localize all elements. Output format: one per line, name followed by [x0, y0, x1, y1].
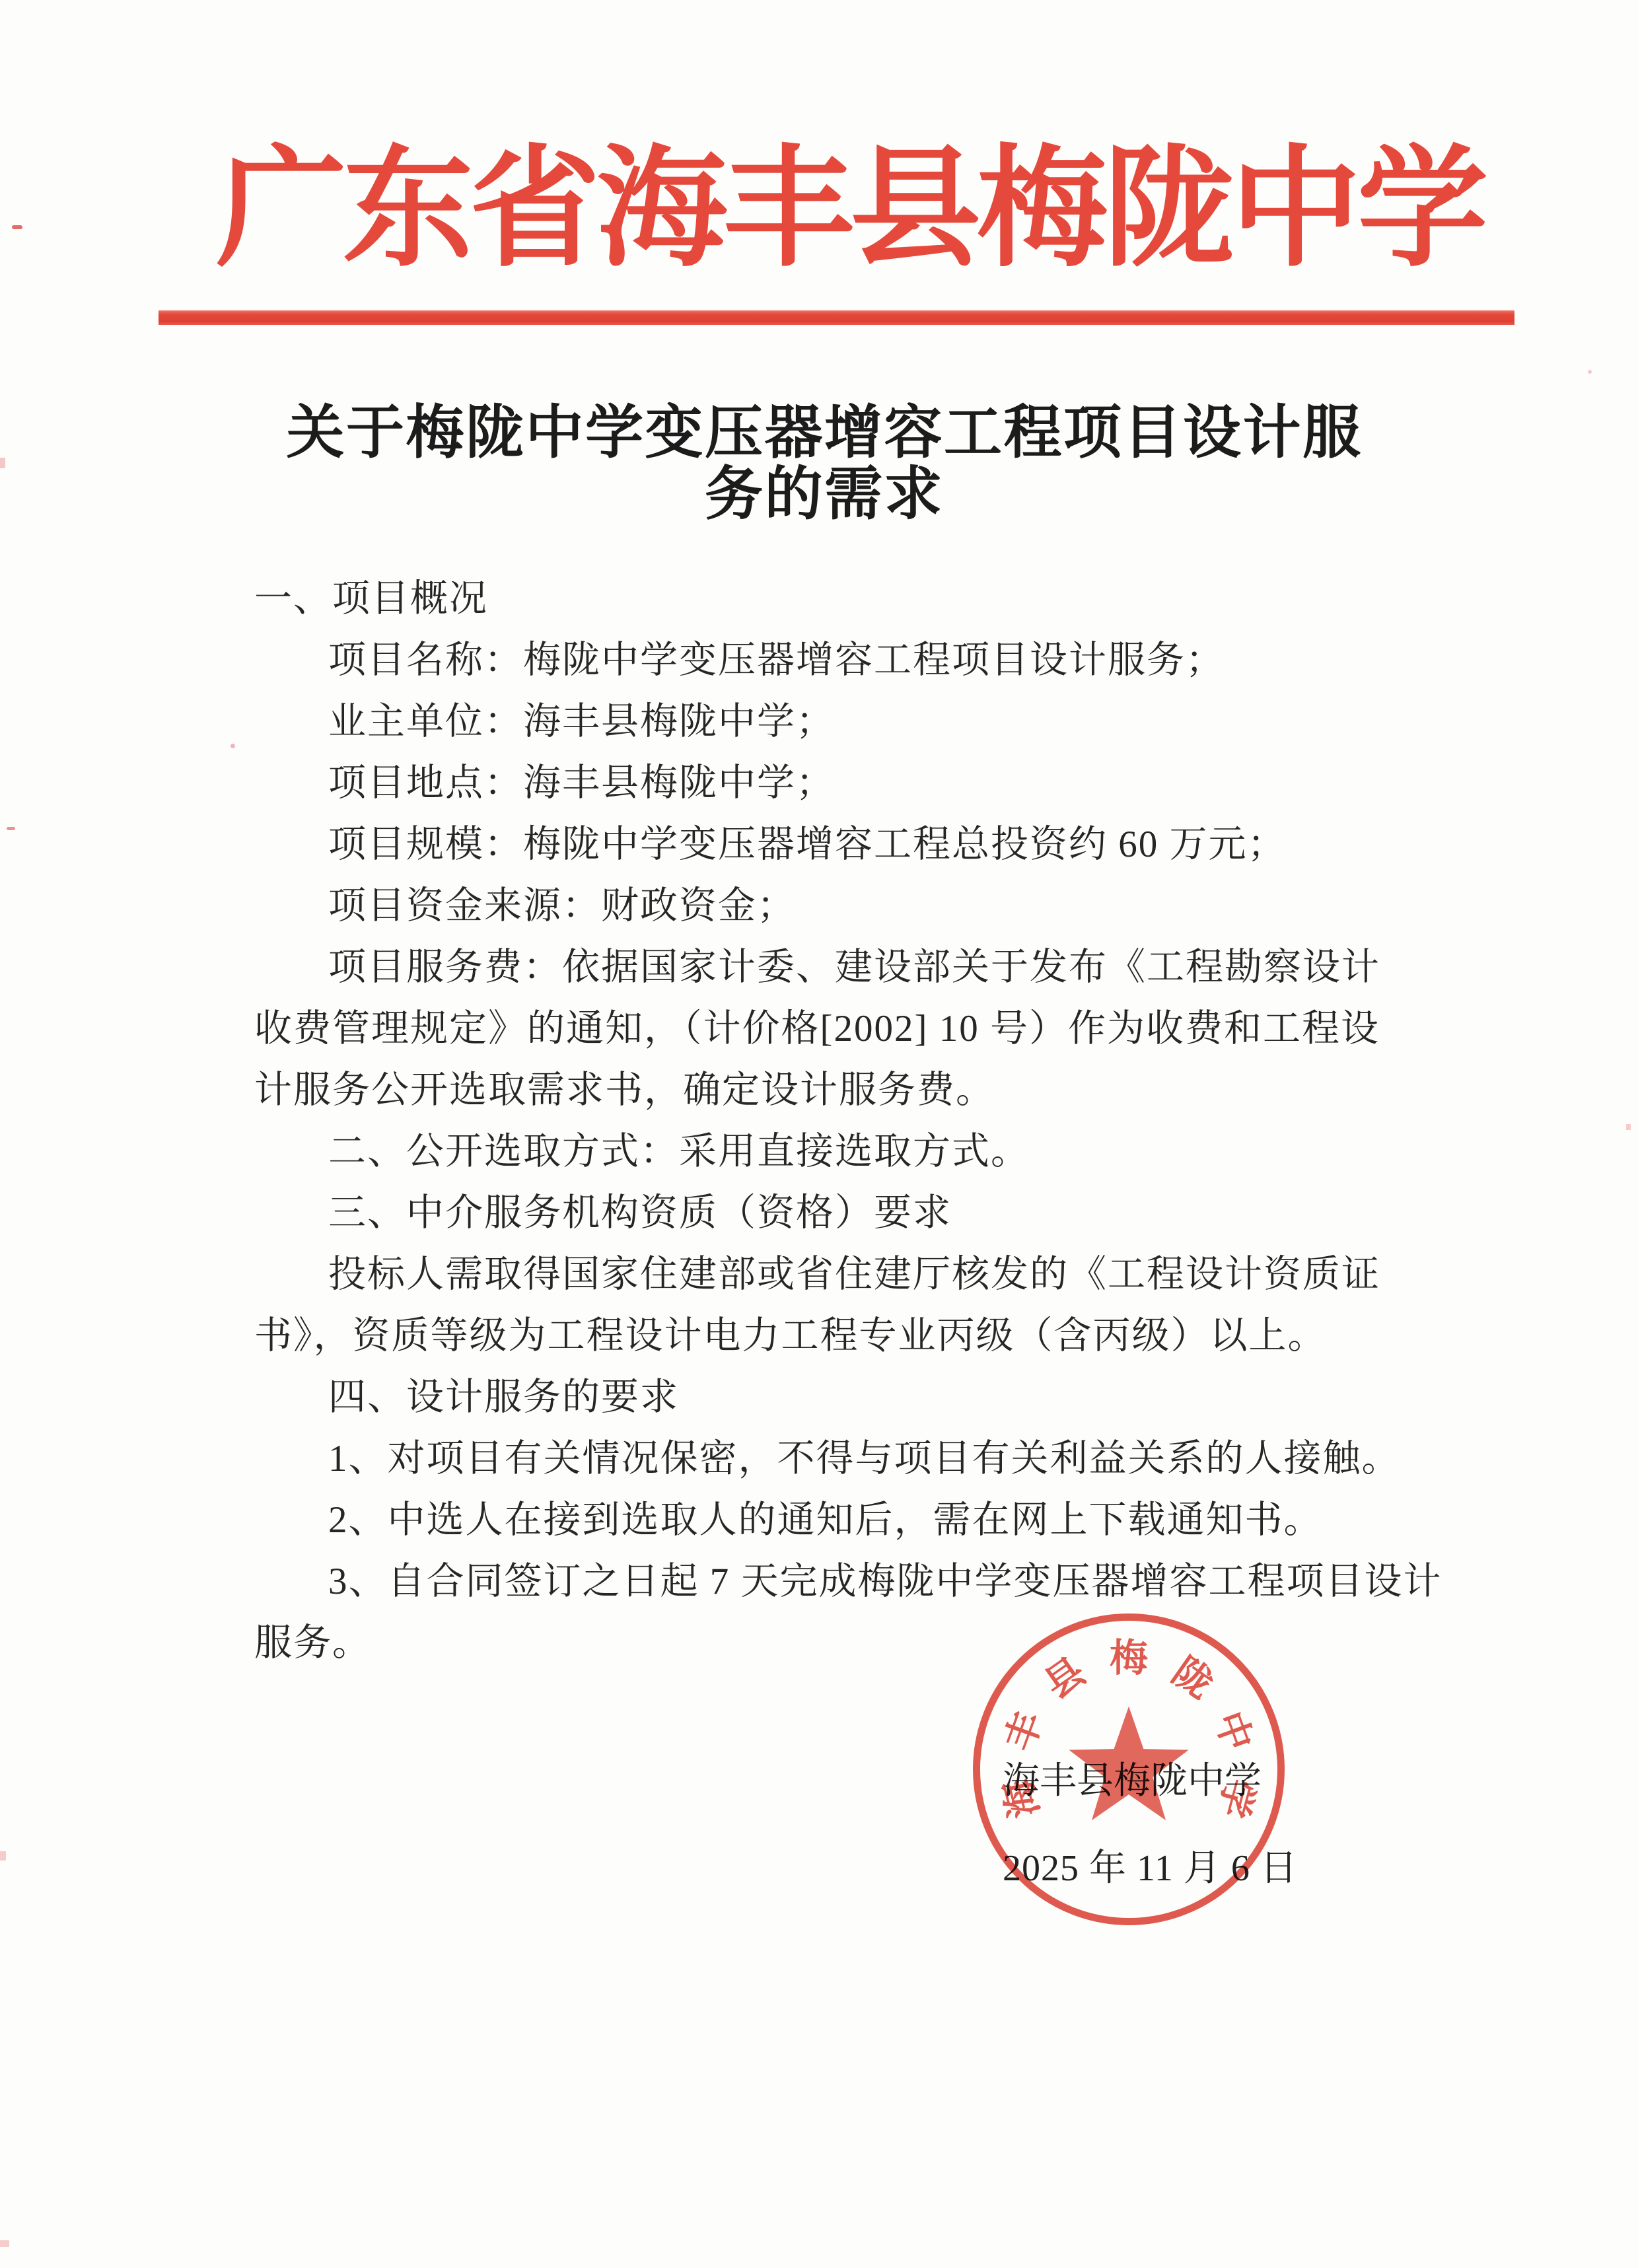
body-line: 一、项目概况 [254, 568, 1483, 629]
letterhead-divider-rule [159, 310, 1514, 325]
document-title-line1: 关于梅陇中学变压器增容工程项目设计服 [5, 403, 1638, 464]
document-page: 广东省海丰县梅陇中学 关于梅陇中学变压器增容工程项目设计服 务的需求 一、项目概… [0, 0, 1638, 2268]
body-line: 投标人需取得国家住建部或省住建厅核发的《工程设计资质证 [254, 1244, 1483, 1305]
body-line: 服务。 [254, 1612, 1483, 1674]
body-line: 书》，资质等级为工程设计电力工程专业丙级（含丙级）以上。 [254, 1305, 1483, 1366]
body-line: 3、自合同签订之日起 7 天完成梅陇中学变压器增容工程项目设计 [254, 1551, 1483, 1612]
document-title-line2: 务的需求 [5, 464, 1638, 526]
body-line: 1、对项目有关情况保密，不得与项目有关利益关系的人接触。 [254, 1428, 1483, 1489]
scan-artifact [12, 225, 22, 229]
document-body: 一、项目概况 项目名称：梅陇中学变压器增容工程项目设计服务； 业主单位：海丰县梅… [254, 568, 1483, 1674]
body-line: 业主单位：海丰县梅陇中学； [254, 691, 1483, 752]
scan-artifact [0, 2240, 9, 2247]
official-seal: 海 丰 县 梅 陇 中 学 [973, 1613, 1285, 1925]
seal-char: 梅 [1110, 1639, 1148, 1678]
scan-artifact [7, 827, 15, 830]
school-letterhead: 广东省海丰县梅陇中学 [31, 144, 1638, 276]
scan-artifact [0, 1851, 6, 1860]
body-line: 二、公开选取方式：采用直接选取方式。 [254, 1121, 1483, 1182]
scan-artifact [1626, 1124, 1631, 1130]
body-line: 三、中介服务机构资质（资格）要求 [254, 1182, 1483, 1244]
scan-artifact [1588, 370, 1592, 374]
body-line: 项目资金来源：财政资金； [254, 875, 1483, 937]
scan-artifact [231, 744, 235, 748]
body-line: 收费管理规定》的通知，（计价格[2002] 10 号）作为收费和工程设 [254, 998, 1483, 1059]
body-line: 项目名称：梅陇中学变压器增容工程项目设计服务； [254, 629, 1483, 691]
body-line: 项目规模：梅陇中学变压器增容工程总投资约 60 万元； [254, 814, 1483, 875]
body-line: 四、设计服务的要求 [254, 1366, 1483, 1428]
document-title: 关于梅陇中学变压器增容工程项目设计服 务的需求 [5, 403, 1638, 526]
scan-artifact [0, 458, 5, 468]
body-line: 2、中选人在接到选取人的通知后，需在网上下载通知书。 [254, 1489, 1483, 1551]
body-line: 项目地点：海丰县梅陇中学； [254, 752, 1483, 814]
body-line: 计服务公开选取需求书，确定设计服务费。 [254, 1059, 1483, 1121]
body-line: 项目服务费：依据国家计委、建设部关于发布《工程勘察设计 [254, 937, 1483, 998]
